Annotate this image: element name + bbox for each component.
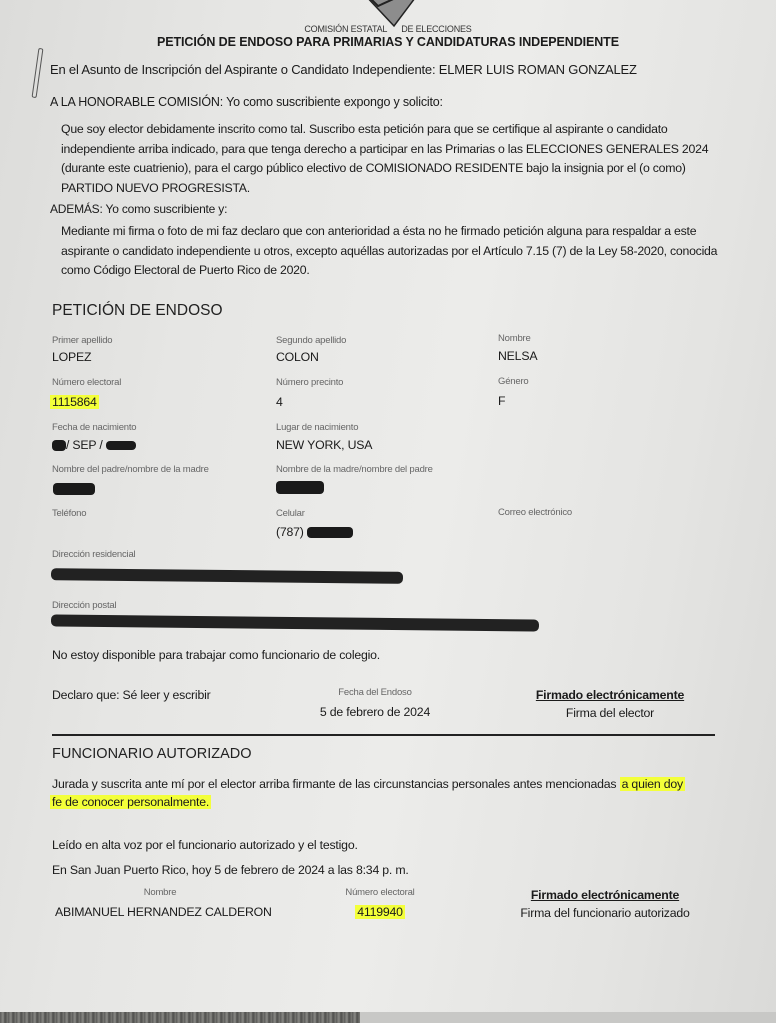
sworn-text-highlight: a quien doy <box>620 777 685 791</box>
numero-electoral-label: Número electoral <box>52 377 121 388</box>
celular-area-code: (787) <box>276 525 304 539</box>
sworn-text-highlight: fe de conocer personalmente. <box>50 795 211 809</box>
redaction-mark <box>52 440 66 451</box>
genero-label: Género <box>498 376 529 387</box>
endorsement-petition-document: COMISIÓN ESTATALDE ELECCIONES PETICIÓN D… <box>0 0 776 1012</box>
redaction-mark <box>307 527 353 538</box>
sworn-text: Jurada y suscrita ante mí por el elector… <box>52 777 620 791</box>
agency-name: COMISIÓN ESTATALDE ELECCIONES <box>0 24 776 34</box>
read-aloud-note: Leído en alta voz por el funcionario aut… <box>52 838 358 852</box>
fecha-nacimiento-value: / SEP / <box>52 438 136 452</box>
literacy-declaration: Declaro que: Sé leer y escribir <box>52 688 211 702</box>
official-electoral-value: 4119940 <box>355 905 405 919</box>
official-name-label: Nombre <box>60 887 260 898</box>
direccion-postal-label: Dirección postal <box>52 600 116 611</box>
telefono-label: Teléfono <box>52 508 86 519</box>
petition-section-title: PETICIÓN DE ENDOSO <box>52 302 223 320</box>
direccion-residencial-label: Dirección residencial <box>52 549 135 560</box>
lugar-nacimiento-label: Lugar de nacimiento <box>276 422 358 433</box>
numero-electoral-value: 1115864 <box>50 395 99 409</box>
candidate-line: En el Asunto de Inscripción del Aspirant… <box>50 62 637 77</box>
place-date-line: En San Juan Puerto Rico, hoy 5 de febrer… <box>52 863 409 877</box>
redaction-mark <box>106 441 136 450</box>
official-electoral-label: Número electoral <box>320 887 440 898</box>
section-divider <box>52 734 715 736</box>
agency-name-left: COMISIÓN ESTATAL <box>304 24 387 34</box>
numero-precinto-label: Número precinto <box>276 377 343 388</box>
direccion-postal-redacted <box>51 614 539 631</box>
elector-signed-label: Firmado electrónicamente <box>510 688 710 702</box>
fecha-endoso-value: 5 de febrero de 2024 <box>300 705 450 719</box>
official-signed-label: Firmado electrónicamente <box>500 888 710 902</box>
nombre-padre-madre-label: Nombre del padre/nombre de la madre <box>52 464 209 475</box>
fecha-nacimiento-label: Fecha de nacimiento <box>52 422 136 433</box>
nombre-value: NELSA <box>498 349 537 363</box>
genero-value: F <box>498 394 505 408</box>
document-title: PETICIÓN DE ENDOSO PARA PRIMARIAS Y CAND… <box>0 35 776 49</box>
segundo-apellido-label: Segundo apellido <box>276 335 346 346</box>
celular-label: Celular <box>276 508 305 519</box>
availability-note: No estoy disponible para trabajar como f… <box>52 648 380 662</box>
correo-label: Correo electrónico <box>498 507 572 518</box>
primer-apellido-value: LOPEZ <box>52 350 91 364</box>
petition-paragraph: Que soy elector debidamente inscrito com… <box>61 120 731 198</box>
elector-signature-caption: Firma del elector <box>510 706 710 720</box>
commission-line: A LA HONORABLE COMISIÓN: Yo como suscrib… <box>50 95 443 109</box>
declaration-paragraph: Mediante mi firma o foto de mi faz decla… <box>61 222 731 281</box>
agency-name-right: DE ELECCIONES <box>401 24 471 34</box>
official-name-value: ABIMANUEL HERNANDEZ CALDERON <box>55 905 270 919</box>
celular-value: (787) <box>276 525 353 539</box>
nombre-padre-madre-redacted <box>53 483 95 495</box>
table-surface-edge <box>0 1012 776 1023</box>
nombre-madre-padre-redacted <box>276 481 324 494</box>
nombre-label: Nombre <box>498 333 531 344</box>
numero-precinto-value: 4 <box>276 395 283 409</box>
primer-apellido-label: Primer apellido <box>52 335 112 346</box>
lugar-nacimiento-value: NEW YORK, USA <box>276 438 372 452</box>
nombre-madre-padre-label: Nombre de la madre/nombre del padre <box>276 464 433 475</box>
direccion-residencial-redacted <box>51 568 403 584</box>
official-section-title: FUNCIONARIO AUTORIZADO <box>52 746 252 762</box>
fecha-nacimiento-visible: / SEP / <box>66 438 103 452</box>
sworn-statement-line1: Jurada y suscrita ante mí por el elector… <box>52 777 685 791</box>
segundo-apellido-value: COLON <box>276 350 319 364</box>
official-signature-caption: Firma del funcionario autorizado <box>500 906 710 920</box>
fecha-endoso-label: Fecha del Endoso <box>310 687 440 698</box>
pen-mark <box>32 48 44 98</box>
ademas-line: ADEMÁS: Yo como suscribiente y: <box>50 202 227 216</box>
